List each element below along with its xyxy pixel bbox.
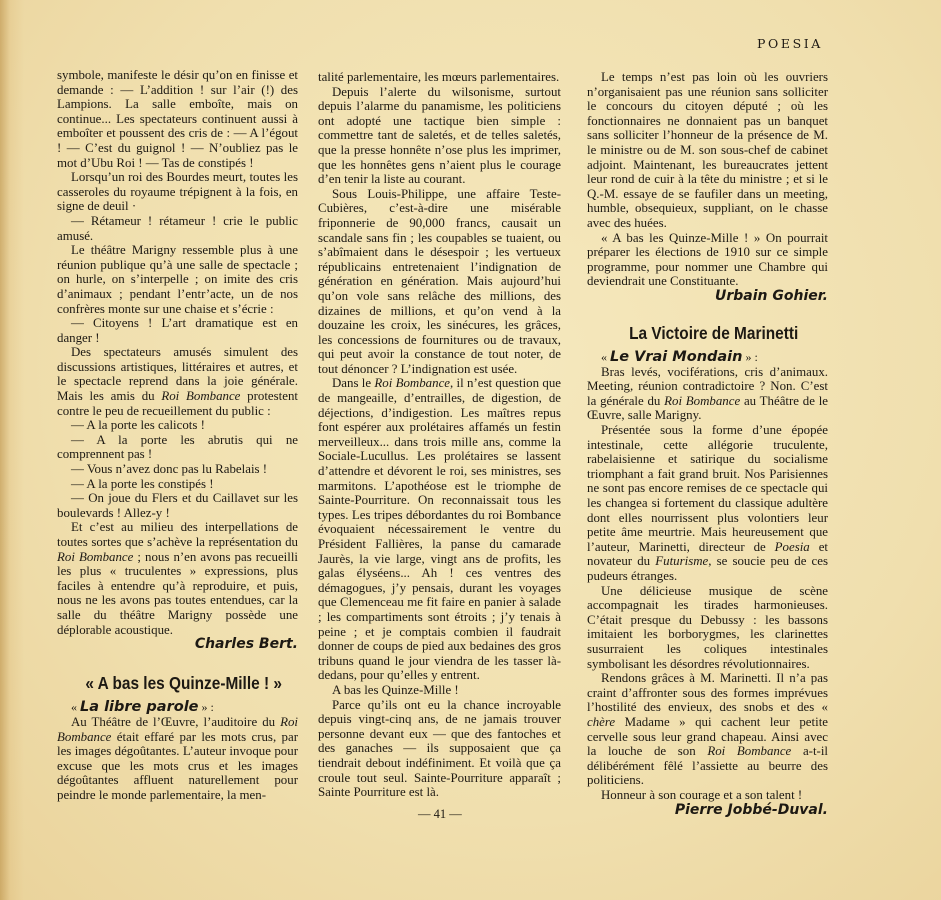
headline-la-victoire-de-marinetti: La Victoire de Marinetti — [601, 326, 813, 341]
paragraph: — Citoyens ! L’art dramatique est en dan… — [57, 316, 298, 345]
paragraph: Lorsqu’un roi des Bourdes meurt, toutes … — [57, 170, 298, 214]
paragraph: Sous Louis-Philippe, une affaire Teste-C… — [318, 187, 561, 377]
paragraph: Et c’est au milieu des interpellations d… — [57, 520, 298, 637]
paragraph: Parce qu’ils ont eu la chance incroyable… — [318, 698, 561, 800]
paragraph: — A la porte les abrutis qui ne comprenn… — [57, 433, 298, 462]
signature-urbain-gohier: Urbain Gohier. — [587, 289, 828, 304]
italic-title: Roi Bombance — [57, 550, 133, 564]
column-1: symbole, manifeste le désir qu’on en fin… — [57, 68, 298, 803]
paragraph: Des spectateurs amusés simulent des disc… — [57, 345, 298, 418]
paragraph: Honneur à son courage et a son talent ! — [587, 788, 828, 803]
paragraph: — Vous n’avez donc pas lu Rabelais ! — [57, 462, 298, 477]
italic-title: Futurisme — [655, 554, 708, 568]
paragraph: A bas les Quinze-Mille ! — [318, 683, 561, 698]
column-3: Le temps n’est pas loin où les ouvriers … — [587, 70, 828, 817]
magazine-page: POESIA symbole, manifeste le désir qu’on… — [0, 0, 941, 900]
paragraph: Dans le Roi Bombance, il n’est question … — [318, 376, 561, 682]
paragraph: Au Théâtre de l’Œuvre, l’auditoire du Ro… — [57, 715, 298, 803]
italic-title: Roi Bombance — [664, 394, 740, 408]
paragraph: Le théâtre Marigny ressemble plus à une … — [57, 243, 298, 316]
paragraph: symbole, manifeste le désir qu’on en fin… — [57, 68, 298, 170]
paragraph: Une délicieuse musique de scène accompag… — [587, 584, 828, 672]
headline-a-bas-les-quinze-mille: « A bas les Quinze-Mille ! » — [71, 676, 283, 691]
column-2: talité parlementaire, les mœurs parlemen… — [318, 70, 561, 800]
signature-charles-bert: Charles Bert. — [57, 637, 298, 652]
paragraph: Présentée sous la forme d’une épopée int… — [587, 423, 828, 584]
paragraph: — Rétameur ! rétameur ! crie le public a… — [57, 214, 298, 243]
page-number: — 41 — — [418, 807, 462, 822]
running-head: POESIA — [757, 36, 823, 51]
paragraph: — On joue du Flers et du Caillavet sur l… — [57, 491, 298, 520]
italic-title: Roi Bombance — [161, 389, 240, 403]
signature-pierre-jobbe-duval: Pierre Jobbé-Duval. — [587, 803, 828, 818]
paragraph: — A la porte les constipés ! — [57, 477, 298, 492]
paragraph: Rendons grâces à M. Marinetti. Il n’a pa… — [587, 671, 828, 788]
paragraph: Depuis l’alerte du wilsonisme, surtout d… — [318, 85, 561, 187]
paragraph: Bras levés, vociférations, cris d’animau… — [587, 365, 828, 423]
paragraph: « A bas les Quinze-Mille ! » On pourrait… — [587, 231, 828, 289]
italic-title: Roi Bombance — [374, 376, 450, 390]
source-la-libre-parole: « La libre parole » : — [57, 700, 298, 715]
source-le-vrai-mondain: « Le Vrai Mondain » : — [587, 350, 828, 365]
paragraph: talité parlementaire, les mœurs parlemen… — [318, 70, 561, 85]
paragraph: — A la porte les calicots ! — [57, 418, 298, 433]
italic-title: Roi Bombance — [707, 744, 791, 758]
italic-word: chère — [587, 715, 615, 729]
italic-title: Poesia — [775, 540, 810, 554]
paragraph: Le temps n’est pas loin où les ouvriers … — [587, 70, 828, 231]
